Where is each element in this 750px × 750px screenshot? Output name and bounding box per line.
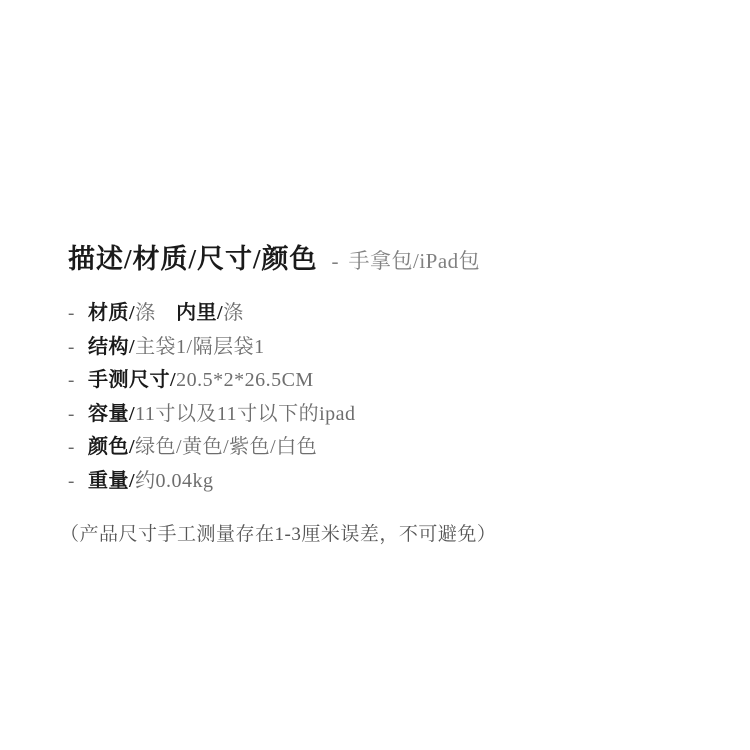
spec-label: 容量/ — [88, 403, 135, 425]
spec-list: -材质/涤 内里/涤-结构/主袋1/隔层袋1-手测尺寸/20.5*2*26.5C… — [68, 297, 356, 498]
spec-bullet-dash: - — [68, 431, 88, 465]
spec-text: 结构/主袋1/隔层袋1 — [88, 331, 265, 365]
spec-row: -手测尺寸/20.5*2*26.5CM — [68, 364, 356, 398]
spec-bullet-dash: - — [68, 364, 88, 398]
spec-row: -重量/约0.04kg — [68, 465, 356, 499]
spec-bullet-dash: - — [68, 297, 88, 331]
spec-value: 绿色/黄色/紫色/白色 — [135, 436, 317, 458]
spec-label: 材质/ — [88, 302, 135, 324]
spec-value: 涤 — [135, 302, 176, 324]
spec-label: 内里/ — [176, 302, 223, 324]
spec-text: 手测尺寸/20.5*2*26.5CM — [88, 364, 314, 398]
title-subtitle: 手拿包/iPad包 — [349, 245, 481, 275]
spec-label: 颜色/ — [88, 436, 135, 458]
spec-text: 颜色/绿色/黄色/紫色/白色 — [88, 431, 317, 465]
title-main: 描述/材质/尺寸/颜色 — [68, 237, 318, 276]
spec-label: 结构/ — [88, 336, 135, 358]
spec-value: 20.5*2*26.5CM — [176, 369, 314, 391]
spec-bullet-dash: - — [68, 398, 88, 432]
spec-text: 容量/11寸以及11寸以下的ipad — [88, 398, 356, 432]
title-separator-dash: - — [332, 249, 339, 274]
spec-label: 手测尺寸/ — [88, 369, 176, 391]
spec-value: 主袋1/隔层袋1 — [135, 336, 265, 358]
footnote: （产品尺寸手工测量存在1-3厘米误差，不可避免） — [60, 519, 496, 546]
spec-bullet-dash: - — [68, 331, 88, 365]
spec-text: 重量/约0.04kg — [88, 465, 214, 499]
spec-text: 材质/涤 内里/涤 — [88, 297, 244, 331]
spec-row: -容量/11寸以及11寸以下的ipad — [68, 398, 356, 432]
spec-label: 重量/ — [88, 470, 135, 492]
page-title: 描述/材质/尺寸/颜色 - 手拿包/iPad包 — [68, 237, 480, 276]
product-description-page: 描述/材质/尺寸/颜色 - 手拿包/iPad包 -材质/涤 内里/涤-结构/主袋… — [0, 0, 750, 750]
spec-row: -结构/主袋1/隔层袋1 — [68, 331, 356, 365]
spec-value: 涤 — [223, 302, 244, 324]
spec-value: 11寸以及11寸以下的ipad — [135, 403, 355, 425]
spec-row: -材质/涤 内里/涤 — [68, 297, 356, 331]
spec-value: 约0.04kg — [135, 470, 214, 492]
spec-row: -颜色/绿色/黄色/紫色/白色 — [68, 431, 356, 465]
spec-bullet-dash: - — [68, 465, 88, 499]
